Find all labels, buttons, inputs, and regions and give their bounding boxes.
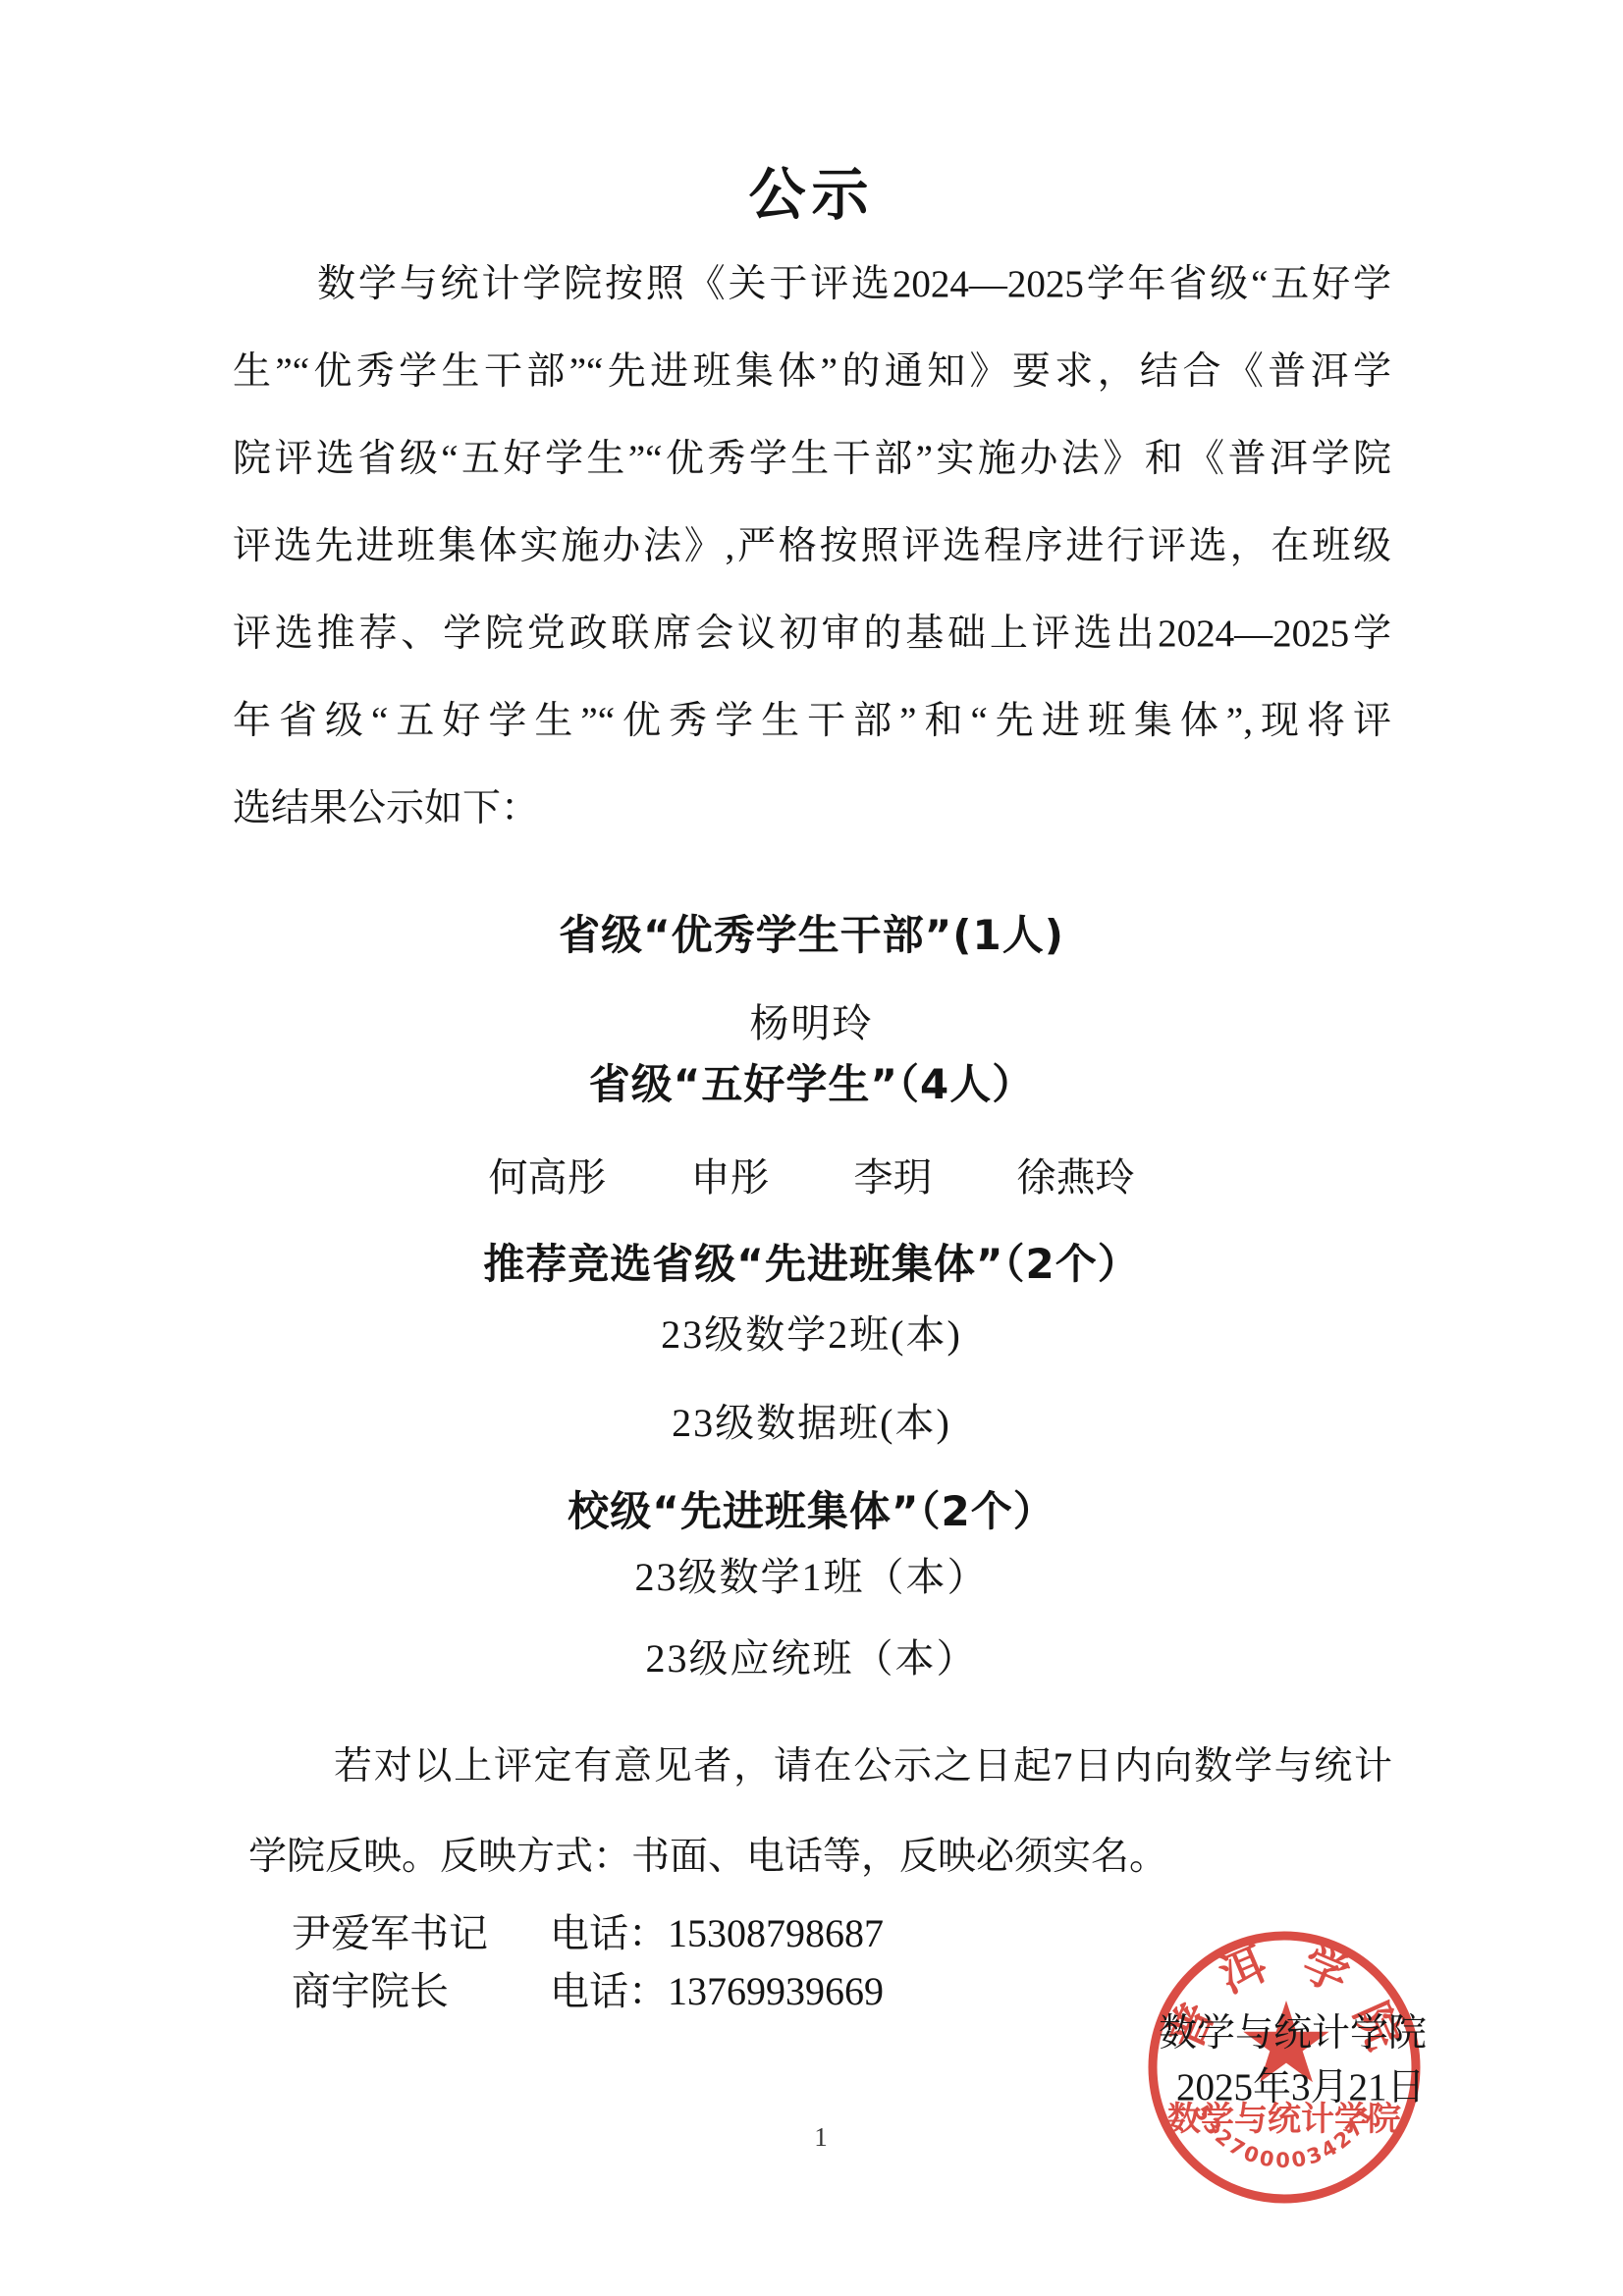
page-title: 公示 <box>0 157 1623 232</box>
intro-line: 院评选省级“五好学生”“优秀学生干部”实施办法》和《普洱学院 <box>233 415 1391 503</box>
name-item: 李玥 <box>854 1152 933 1203</box>
section-item-class: 23级应统班（本） <box>0 1633 1623 1684</box>
name-item: 申彤 <box>691 1152 770 1203</box>
contact-phone: 电话：13769939669 <box>550 1962 884 2020</box>
section-item-class: 23级数学2班(本) <box>0 1309 1623 1361</box>
contact-list: 尹爱军书记 电话：15308798687 商宇院长 电话：13769939669 <box>292 1904 884 2020</box>
contact-row: 尹爱军书记 电话：15308798687 <box>292 1904 884 1962</box>
intro-line: 选结果公示如下： <box>233 765 1391 852</box>
contact-phone: 电话：15308798687 <box>550 1904 884 1962</box>
name-item: 何高彤 <box>489 1152 607 1203</box>
section-item-class: 23级数据班(本) <box>0 1398 1623 1449</box>
section-heading-outstanding-cadre: 省级“优秀学生干部”(1人) <box>0 910 1623 961</box>
feedback-line: 学院反映。反映方式：书面、电话等，反映必须实名。 <box>248 1812 1392 1902</box>
feedback-paragraph: 若对以上评定有意见者，请在公示之日起7日内向数学与统计 学院反映。反映方式：书面… <box>248 1722 1392 1902</box>
intro-line: 评选推荐、学院党政联席会议初审的基础上评选出2024—2025学 <box>233 590 1391 677</box>
name-item: 徐燕玲 <box>1017 1152 1135 1203</box>
intro-line: 生”“优秀学生干部”“先进班集体”的通知》要求，结合《普洱学 <box>233 328 1391 415</box>
section-heading-school-advanced-class: 校级“先进班集体”（2个） <box>0 1486 1623 1537</box>
intro-line: 数学与统计学院按照《关于评选2024—2025学年省级“五好学 <box>233 240 1391 328</box>
seal-ring-char: 学 <box>1294 1937 1356 2003</box>
signature-org: 数学与统计学院 <box>1159 2008 1427 2059</box>
signature-date: 2025年3月21日 <box>1176 2062 1426 2113</box>
names-row: 何高彤 申彤 李玥 徐燕玲 <box>0 1152 1623 1203</box>
contact-name: 尹爱军书记 <box>292 1904 550 1962</box>
feedback-line: 若对以上评定有意见者，请在公示之日起7日内向数学与统计 <box>248 1722 1392 1812</box>
announcement-page: 公示 数学与统计学院按照《关于评选2024—2025学年省级“五好学 生”“优秀… <box>0 0 1623 2296</box>
section-item-cadre-name: 杨明玲 <box>0 998 1623 1049</box>
seal-ring-char: 洱 <box>1212 1937 1273 2003</box>
page-number: 1 <box>791 2122 850 2152</box>
section-heading-provincial-advanced-class: 推荐竞选省级“先进班集体”（2个） <box>0 1239 1623 1290</box>
intro-paragraph: 数学与统计学院按照《关于评选2024—2025学年省级“五好学 生”“优秀学生干… <box>233 240 1391 852</box>
section-heading-five-good-students: 省级“五好学生”（4人） <box>0 1059 1623 1110</box>
section-item-class: 23级数学1班（本） <box>0 1552 1623 1603</box>
intro-line: 评选先进班集体实施办法》,严格按照评选程序进行评选，在班级 <box>233 503 1391 590</box>
contact-name: 商宇院长 <box>292 1962 550 2020</box>
intro-line: 年省级“五好学生”“优秀学生干部”和“先进班集体”,现将评 <box>233 677 1391 765</box>
contact-row: 商宇院长 电话：13769939669 <box>292 1962 884 2020</box>
